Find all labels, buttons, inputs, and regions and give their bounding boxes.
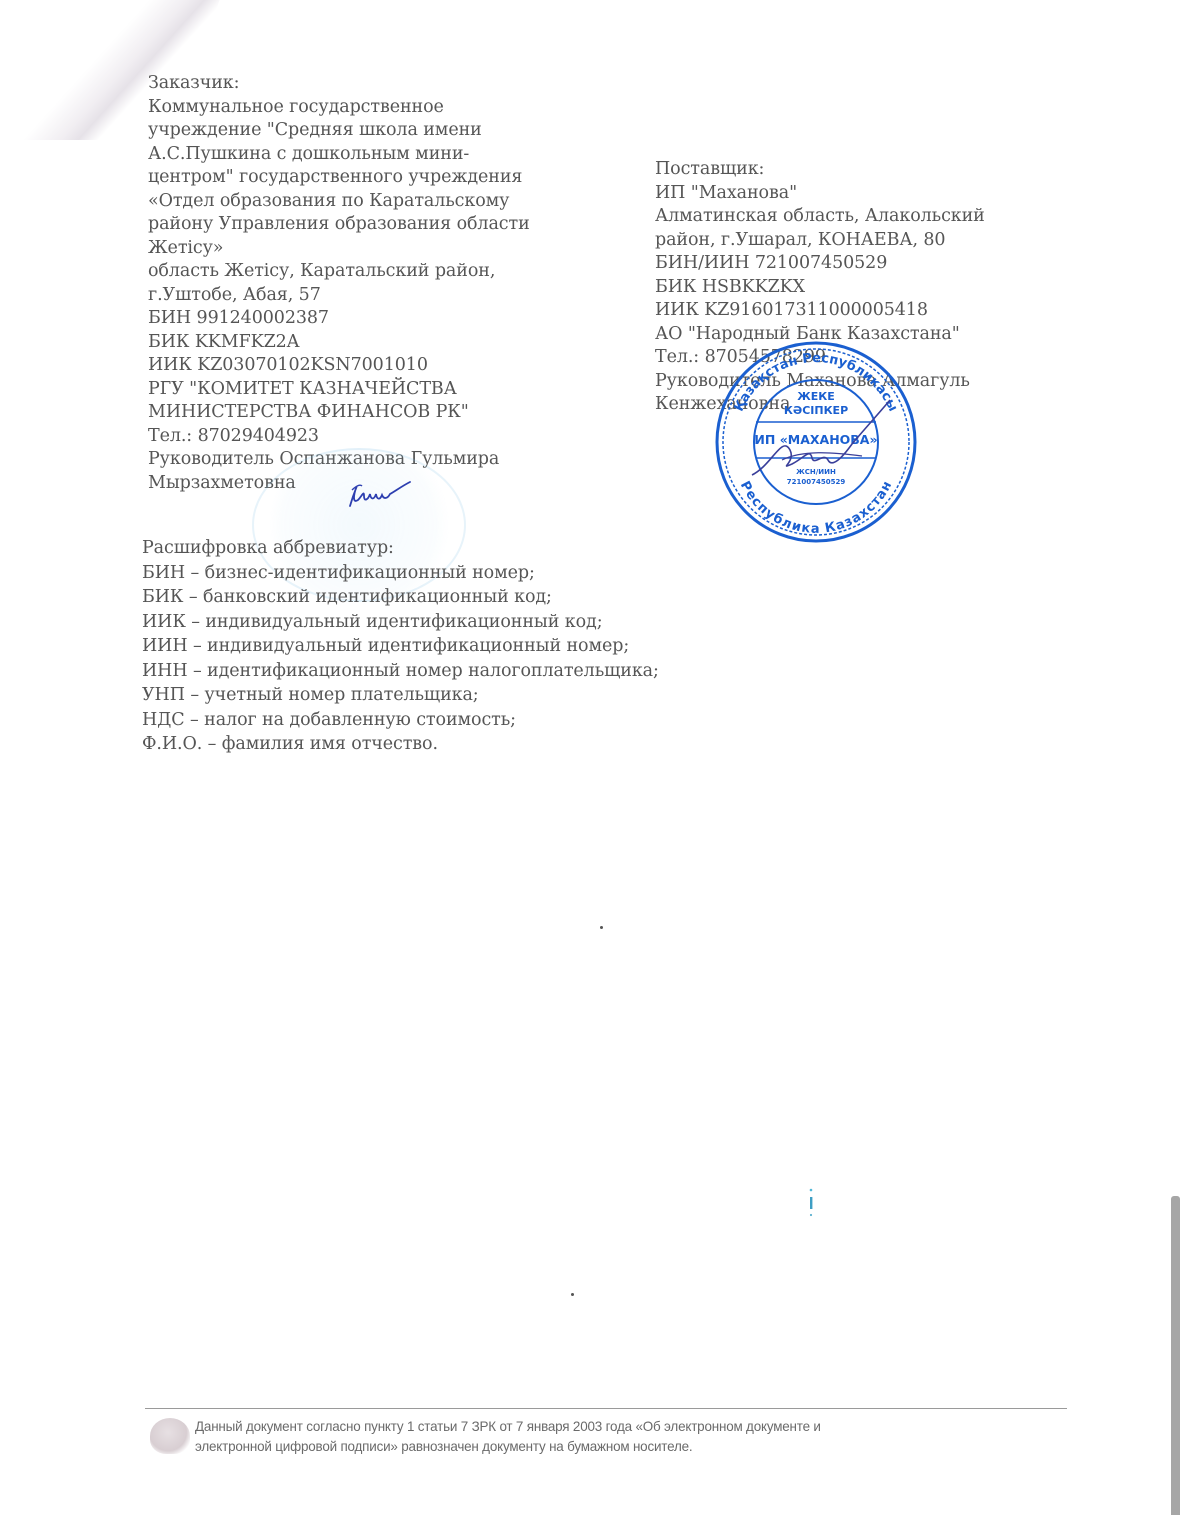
svg-text:ЖСН/ИИН: ЖСН/ИИН <box>796 468 836 476</box>
customer-line: Жетісу» <box>148 237 530 261</box>
scan-speck <box>600 926 603 929</box>
customer-line: БИН 991240002387 <box>148 307 530 331</box>
footer-logo-icon <box>150 1418 190 1454</box>
customer-line: району Управления образования области <box>148 213 530 237</box>
supplier-line: ИИК KZ916017311000005418 <box>655 299 985 323</box>
abbreviation-item: БИН – бизнес-идентификационный номер; <box>142 561 659 586</box>
scan-speck-blue <box>808 1188 814 1218</box>
svg-text:721007450529: 721007450529 <box>787 478 846 486</box>
customer-line: Заказчик: <box>148 72 530 96</box>
customer-line: г.Уштобе, Абая, 57 <box>148 284 530 308</box>
abbreviation-item: БИК – банковский идентификационный код; <box>142 585 659 610</box>
svg-text:Республика Казахстан: Республика Казахстан <box>737 479 895 537</box>
svg-text:ЖЕКЕ: ЖЕКЕ <box>797 390 835 403</box>
supplier-line: БИН/ИИН 721007450529 <box>655 252 985 276</box>
abbreviations-title: Расшифровка аббревиатур: <box>142 536 659 561</box>
supplier-stamp-icon: Қазақстан Республикасы Республика Казахс… <box>712 340 920 545</box>
supplier-line: Алматинская область, Алакольский <box>655 205 985 229</box>
supplier-line: район, г.Ушарал, КОНАЕВА, 80 <box>655 229 985 253</box>
abbreviation-item: ИНН – идентификационный номер налогоплат… <box>142 659 659 684</box>
customer-line: БИК KKMFKZ2A <box>148 331 530 355</box>
customer-line: область Жетісу, Каратальский район, <box>148 260 530 284</box>
footer-divider <box>145 1408 1067 1409</box>
scrollbar-thumb[interactable] <box>1171 1196 1180 1515</box>
abbreviation-item: Ф.И.О. – фамилия имя отчество. <box>142 732 659 757</box>
customer-line: Коммунальное государственное <box>148 96 530 120</box>
abbreviation-item: ИИК – индивидуальный идентификационный к… <box>142 610 659 635</box>
svg-text:КӘСІПКЕР: КӘСІПКЕР <box>784 404 848 417</box>
customer-line: «Отдел образования по Каратальскому <box>148 190 530 214</box>
customer-line: А.С.Пушкина с дошкольным мини- <box>148 143 530 167</box>
customer-line: РГУ "КОМИТЕТ КАЗНАЧЕЙСТВА <box>148 378 530 402</box>
supplier-line: БИК HSBKKZKX <box>655 276 985 300</box>
svg-text:ИП «МАХАНОВА»: ИП «МАХАНОВА» <box>754 432 877 447</box>
customer-line: центром" государственного учреждения <box>148 166 530 190</box>
customer-line: Тел.: 87029404923 <box>148 425 530 449</box>
supplier-line: ИП "Маханова" <box>655 182 985 206</box>
scan-speck <box>571 1293 574 1296</box>
customer-block: Заказчик:Коммунальное государственноеучр… <box>148 72 530 495</box>
abbreviation-item: УНП – учетный номер плательщика; <box>142 683 659 708</box>
abbreviation-item: ИИН – индивидуальный идентификационный н… <box>142 634 659 659</box>
supplier-line: Поставщик: <box>655 158 985 182</box>
abbreviation-item: НДС – налог на добавленную стоимость; <box>142 708 659 733</box>
customer-signature-icon <box>344 478 414 514</box>
abbreviations-block: Расшифровка аббревиатур: БИН – бизнес-ид… <box>142 536 659 757</box>
footer-notice: Данный документ согласно пункту 1 статьи… <box>195 1416 821 1456</box>
customer-line: учреждение "Средняя школа имени <box>148 119 530 143</box>
customer-line: МИНИСТЕРСТВА ФИНАНСОВ РК" <box>148 401 530 425</box>
customer-line: ИИК KZ03070102KSN7001010 <box>148 354 530 378</box>
